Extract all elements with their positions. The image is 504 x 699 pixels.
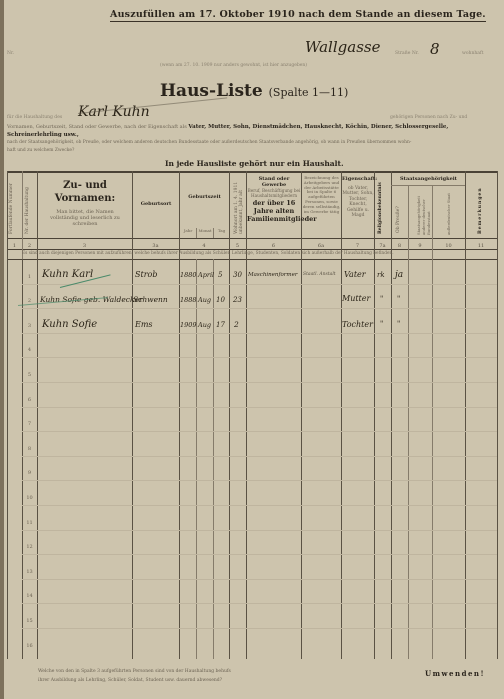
header-col-5: Wohnort am 1. 4. 1911 unbekannt, Jahr al… xyxy=(234,176,244,234)
header-col-1: Fortlaufende Nummer xyxy=(9,176,14,234)
turn-over-note: Umwenden! xyxy=(425,669,485,678)
fill-instruction-header: Auszufüllen am 17. Oktober 1910 nach dem… xyxy=(110,9,486,22)
header-col-11: Bemerkungen xyxy=(478,182,483,234)
row-1-name: Kuhn Karl xyxy=(42,269,93,280)
row-divider xyxy=(22,382,497,383)
row-divider xyxy=(22,628,497,629)
row-number: 15 xyxy=(22,618,37,624)
one-household-note: In jede Hausliste gehört nur ein Haushal… xyxy=(165,159,344,168)
row-number: 16 xyxy=(22,643,37,649)
col-number: 2 xyxy=(22,243,37,249)
header-col-6: Stand oder Gewerbe Beruf, Beschäftigung … xyxy=(247,176,301,223)
header-staatsangehoerigkeit: Staatsangehörigkeit xyxy=(392,176,465,182)
col-number: 7a xyxy=(374,243,391,249)
row-3-year: 1909 xyxy=(180,321,197,329)
row-3-name: Kuhn Sofie xyxy=(42,319,97,330)
instruction-line-3: Schreinerlehrling usw., xyxy=(7,132,79,138)
col-divider xyxy=(22,259,23,659)
row-2-age: 23 xyxy=(233,296,242,304)
instruction-line-5: haft und zu welchem Zwecke? xyxy=(7,148,74,153)
row-number: 11 xyxy=(22,520,37,526)
row-3-relation: Tochter xyxy=(342,320,373,329)
row-divider xyxy=(22,308,497,309)
header-col-6-age-note: der über 16 Jahre alten Familienmitglied… xyxy=(247,200,301,223)
col-divider xyxy=(196,259,197,659)
col-divider xyxy=(408,185,409,659)
row-divider xyxy=(22,480,497,481)
col-number: 4 xyxy=(179,243,229,249)
header-col-2: Nr. der Haushaltung xyxy=(25,176,30,234)
row-divider xyxy=(22,603,497,604)
row-divider xyxy=(22,505,497,506)
header-col-4: Geburtszeit xyxy=(180,194,229,200)
row-2-month: Aug xyxy=(198,296,211,304)
col-number: 6 xyxy=(246,243,301,249)
header-col-3-title: Zu- und Vornamen: xyxy=(38,180,132,205)
header-col-7-note: ob Vater, Mutter, Sohn, Tochter, Knecht,… xyxy=(342,186,374,218)
row-number: 6 xyxy=(22,397,37,403)
header-col-9: Staatsangehörigkeit anderer deutscher Bu… xyxy=(416,190,431,235)
row-1-occupation: Maschinenformer xyxy=(248,272,298,278)
row-number: 13 xyxy=(22,569,37,575)
header-col-4-month: Monat xyxy=(197,229,213,234)
footer-question: Welche von den in Spalte 3 aufgeführten … xyxy=(38,668,231,685)
row-1-year: 1880 xyxy=(180,271,197,279)
col-number: 9 xyxy=(408,243,432,249)
col-number: 11 xyxy=(465,243,497,249)
table-top-border xyxy=(7,171,497,173)
row-divider xyxy=(22,431,497,432)
row-3-religion: " xyxy=(380,320,383,328)
row-2-religion: " xyxy=(380,295,383,303)
col-divider xyxy=(432,185,433,659)
previous-residence-note: (wenn am 27. 10. 1909 nur anders gewohnt… xyxy=(160,63,307,68)
row-1-prussian: ja xyxy=(395,270,403,280)
row-2-relation: Mutter xyxy=(342,294,370,303)
absent-persons-instruction: Es sind auch diejenigen Personen mit auf… xyxy=(22,251,394,256)
form-title: Haus-Liste (Spalte 1—11) xyxy=(160,81,348,101)
col-number: 7 xyxy=(341,243,374,249)
header-col-10: außerdeutscher Staat xyxy=(446,190,451,235)
row-number: 4 xyxy=(22,347,37,353)
row-2-birthplace: Schwenn xyxy=(133,295,168,304)
footer-line-2: ihrer Ausbildung als Lehrling, Schüler, … xyxy=(38,677,231,686)
row-number: 9 xyxy=(22,470,37,476)
col-number: 8 xyxy=(391,243,408,249)
row-number: 10 xyxy=(22,495,37,501)
row-1-relation: Vater xyxy=(344,270,366,279)
nr-label: Nr. xyxy=(7,51,14,56)
header-col-3-note: Man bittet, die Namen vollständig und le… xyxy=(38,209,132,227)
row-1-age: 30 xyxy=(233,271,242,279)
col-number: 10 xyxy=(432,243,465,249)
row-3-prussian: " xyxy=(397,320,400,328)
header-col-6-note: Beruf, Beschäftigung bei Haushaltsmitgli… xyxy=(247,188,301,198)
row-number: 5 xyxy=(22,372,37,378)
row-number: 1 xyxy=(22,274,37,280)
residence-label: wohnhaft xyxy=(462,51,483,56)
row-divider xyxy=(22,357,497,358)
household-suffix: gehörigen Personen nach Zu- und xyxy=(390,115,467,120)
col-number: 3a xyxy=(132,243,179,249)
row-1-month: April xyxy=(198,271,214,279)
row-number: 8 xyxy=(22,446,37,452)
header-col-8: Ob Preuße? xyxy=(396,195,401,233)
row-divider xyxy=(22,407,497,408)
row-1-birthplace: Strob xyxy=(135,270,157,279)
header-col-7-title: Eigenschaft: xyxy=(342,176,374,182)
header-col-4-year: Jahr xyxy=(180,229,196,234)
row-3-day: 17 xyxy=(216,321,225,329)
col-divider xyxy=(213,259,214,659)
row-divider xyxy=(22,284,497,285)
street-name-handwritten: Wallgasse xyxy=(305,38,380,56)
header-col-7a: Religionsbekenntnis xyxy=(378,176,383,234)
header-col-4-day: Tag xyxy=(214,229,229,234)
row-divider xyxy=(22,456,497,457)
header-col-6-title: Stand oder Gewerbe xyxy=(247,176,301,188)
row-3-birthplace: Ems xyxy=(135,320,153,329)
col-divider xyxy=(497,171,498,659)
header-col-7: Eigenschaft: ob Vater, Mutter, Sohn, Toc… xyxy=(342,176,374,218)
instruction-line-2: Vornamen, Geburtszeit, Stand oder Gewerb… xyxy=(7,124,448,130)
col-number: 1 xyxy=(7,243,22,249)
row-divider xyxy=(22,554,497,555)
row-number: 7 xyxy=(22,421,37,427)
instruction-line-2-faint: Vornamen, Geburtszeit, Stand oder Gewerb… xyxy=(7,124,187,130)
row-2-day: 10 xyxy=(216,296,225,304)
household-label: für die Haushaltung des xyxy=(7,115,62,120)
col-number: 3 xyxy=(37,243,132,249)
house-number-handwritten: 8 xyxy=(430,40,440,58)
row-number: 12 xyxy=(22,544,37,550)
row-3-age: 2 xyxy=(234,320,239,329)
form-title-columns: (Spalte 1—11) xyxy=(269,86,349,99)
instruction-line-4: nach der Staatsangehörigkeit, ob Preuße,… xyxy=(7,140,411,145)
instruction-row-border xyxy=(7,259,497,260)
row-number: 3 xyxy=(22,323,37,329)
row-divider xyxy=(22,333,497,334)
row-3-month: Aug xyxy=(198,321,211,329)
header-bottom-border xyxy=(7,238,497,239)
col-number: 6a xyxy=(301,243,341,249)
row-1-employer: Staatl. Anstalt xyxy=(303,272,336,277)
row-1-religion: rk xyxy=(377,271,385,279)
row-divider xyxy=(22,530,497,531)
row-divider xyxy=(22,579,497,580)
row-1-day: 5 xyxy=(218,271,222,279)
header-col-3a: Geburtsort xyxy=(133,201,179,207)
staatsangehoerigkeit-subdivider xyxy=(391,185,465,186)
column-number-border xyxy=(7,249,497,250)
row-number: 14 xyxy=(22,593,37,599)
footer-line-1: Welche von den in Spalte 3 aufgeführten … xyxy=(38,668,231,677)
row-2-year: 1888 xyxy=(180,296,197,304)
header-col-3: Zu- und Vornamen: Man bittet, die Namen … xyxy=(38,180,132,227)
header-col-6a: Bezeichnung des Arbeitgebers und der Arb… xyxy=(302,176,341,214)
row-2-prussian: " xyxy=(397,295,400,303)
street-number-label: Straße Nr. xyxy=(395,51,419,56)
instruction-line-2-bold: Vater, Mutter, Sohn, Dienstmädchen, Haus… xyxy=(188,124,448,130)
col-number: 5 xyxy=(229,243,246,249)
instruction-line-3-bold: Schreinerlehrling usw., xyxy=(7,132,79,138)
